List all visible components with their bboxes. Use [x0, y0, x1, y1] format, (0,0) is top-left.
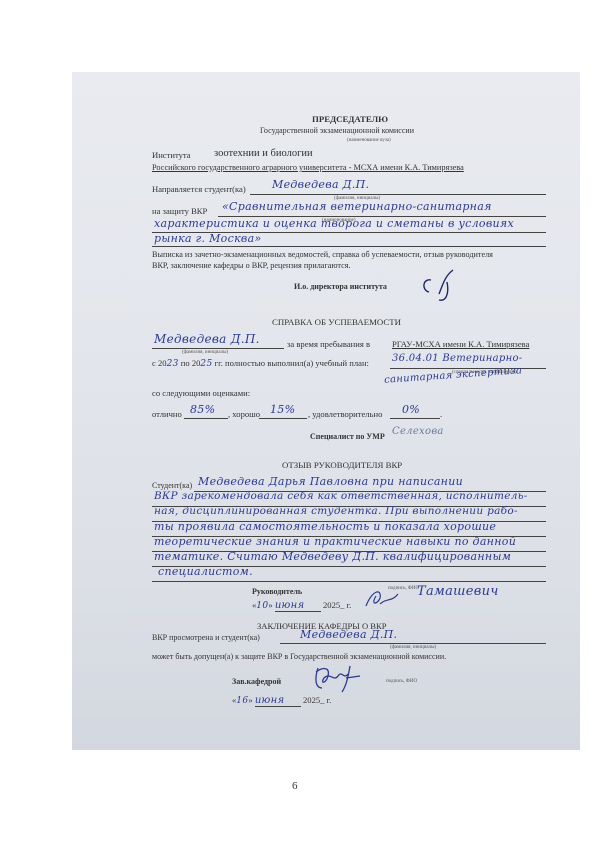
umr-label: Специалист по УМР	[310, 432, 385, 441]
supervisor-initial-signature	[362, 584, 402, 612]
from-prefix: с 20	[152, 358, 167, 368]
specialty-line-1: 36.04.01 Ветеринарно-	[392, 353, 522, 364]
director-label: И.о. директора института	[294, 282, 387, 291]
review-student-label: Студент(ка)	[152, 481, 192, 490]
from-year: 23	[167, 359, 179, 369]
period: .	[440, 409, 442, 419]
page-number: 6	[292, 780, 298, 792]
review-underline-7	[152, 581, 546, 582]
conclusion-student-name: Медведева Д.П.	[300, 628, 397, 641]
satisfactory-value: 0%	[402, 403, 420, 416]
attachments-line-1: Выписка из зачетно-экзаменационных ведом…	[152, 250, 493, 259]
supervisor-date-month: июня	[275, 600, 321, 612]
good-value: 15%	[270, 403, 295, 416]
performance-title: СПРАВКА ОБ УСПЕВАЕМОСТИ	[272, 317, 401, 327]
review-line-5: теоретические знания и практические навы…	[154, 535, 516, 548]
university-name: Российского государственного аграрного у…	[152, 163, 464, 172]
head-label: Зав.кафедрой	[232, 677, 281, 686]
topic-line-2: характеристика и оценка творога и сметан…	[154, 217, 514, 230]
director-signature	[417, 264, 467, 304]
conclusion-student-underline	[280, 643, 546, 644]
review-title: ОТЗЫВ РУКОВОДИТЕЛЯ ВКР	[282, 460, 402, 470]
perf-student-name: Медведева Д.П.	[154, 332, 260, 346]
review-line-7: специалистом.	[158, 565, 253, 578]
addressee-subtitle: Государственной экзаменационной комиссии	[260, 126, 414, 135]
year-range: с 2023 по 2025 гг. полностью выполнил(а)…	[152, 358, 369, 369]
review-line-3: ная, дисциплинированная студентка. При в…	[154, 505, 518, 517]
supervisor-label: Руководитель	[252, 587, 302, 596]
supervisor-date: «10» июня 2025_ г.	[252, 600, 351, 612]
head-signature-hint: подпись, ФИО	[386, 679, 417, 684]
supervisor-year-suffix: г.	[347, 600, 352, 610]
to-prefix: по 20	[181, 358, 201, 368]
supervisor-date-day: 10	[256, 601, 268, 611]
reviewed-label: ВКР просмотрена и студент(ка)	[152, 633, 260, 642]
satisfactory-label: , удовлетворительно	[308, 409, 382, 419]
excellent-underline	[184, 418, 228, 419]
review-line-4: ты проявила самостоятельность и показала…	[154, 520, 496, 533]
review-line-6: тематике. Считаю Медведеву Д.П. квалифиц…	[154, 550, 511, 563]
satisfactory-underline	[390, 418, 440, 419]
plan-text: гг. полностью выполнил(а) учебный план:	[215, 358, 369, 368]
conclusion-year-suffix: г.	[327, 695, 332, 705]
topic-line-3: рынка г. Москва»	[154, 232, 262, 245]
good-label: , хорошо	[228, 409, 260, 419]
topic-line-1: «Сравнительная ветеринарно-санитарная	[222, 200, 492, 213]
conclusion-date-month: июня	[255, 695, 301, 707]
perf-student-underline	[152, 348, 284, 349]
supervisor-signature: Тамашевич	[417, 584, 499, 599]
student-underline	[250, 194, 546, 195]
topic-underline-3	[152, 246, 546, 247]
review-line-1: Медведева Дарья Павловна при написании	[198, 475, 463, 488]
umr-signature: Селехова	[392, 426, 444, 437]
institute-hint: (наименование вуза)	[347, 138, 391, 143]
to-year: 25	[200, 359, 212, 369]
head-signature	[310, 662, 370, 696]
defense-label: на защиту ВКР	[152, 206, 207, 216]
student-label: Направляется студент(ка)	[152, 184, 246, 194]
attachments-line-2: ВКР, заключение кафедры о ВКР, рецензия …	[152, 261, 351, 270]
institute-value: зоотехнии и биологии	[214, 148, 313, 159]
institute-label: Института	[152, 150, 191, 160]
scanned-form-photo: ПРЕДСЕДАТЕЛЮ Государственной экзаменацио…	[72, 72, 580, 750]
good-underline	[259, 418, 307, 419]
perf-student-hint: (фамилия, инициалы)	[182, 350, 228, 355]
admission-text: может быть допущен(а) к защите ВКР в Гос…	[152, 652, 446, 661]
conclusion-date: «16» июня 2025_ г.	[232, 695, 331, 707]
university-short: РГАУ-МСХА имени К.А. Тимирязева	[392, 339, 529, 349]
review-line-2: ВКР зарекомендовала себя как ответственн…	[154, 490, 528, 502]
excellent-value: 85%	[190, 403, 215, 416]
stay-text: за время пребывания в	[287, 339, 370, 349]
addressee-title: ПРЕДСЕДАТЕЛЮ	[312, 114, 388, 124]
conclusion-student-hint: (фамилия, инициалы)	[390, 645, 436, 650]
student-name-handwritten: Медведева Д.П.	[272, 178, 369, 191]
conclusion-date-year: 2025	[303, 695, 320, 705]
conclusion-date-day: 16	[236, 696, 248, 706]
excellent-label: отлично	[152, 409, 182, 419]
supervisor-date-year: 2025	[323, 600, 340, 610]
grades-label: со следующими оценками:	[152, 388, 250, 398]
